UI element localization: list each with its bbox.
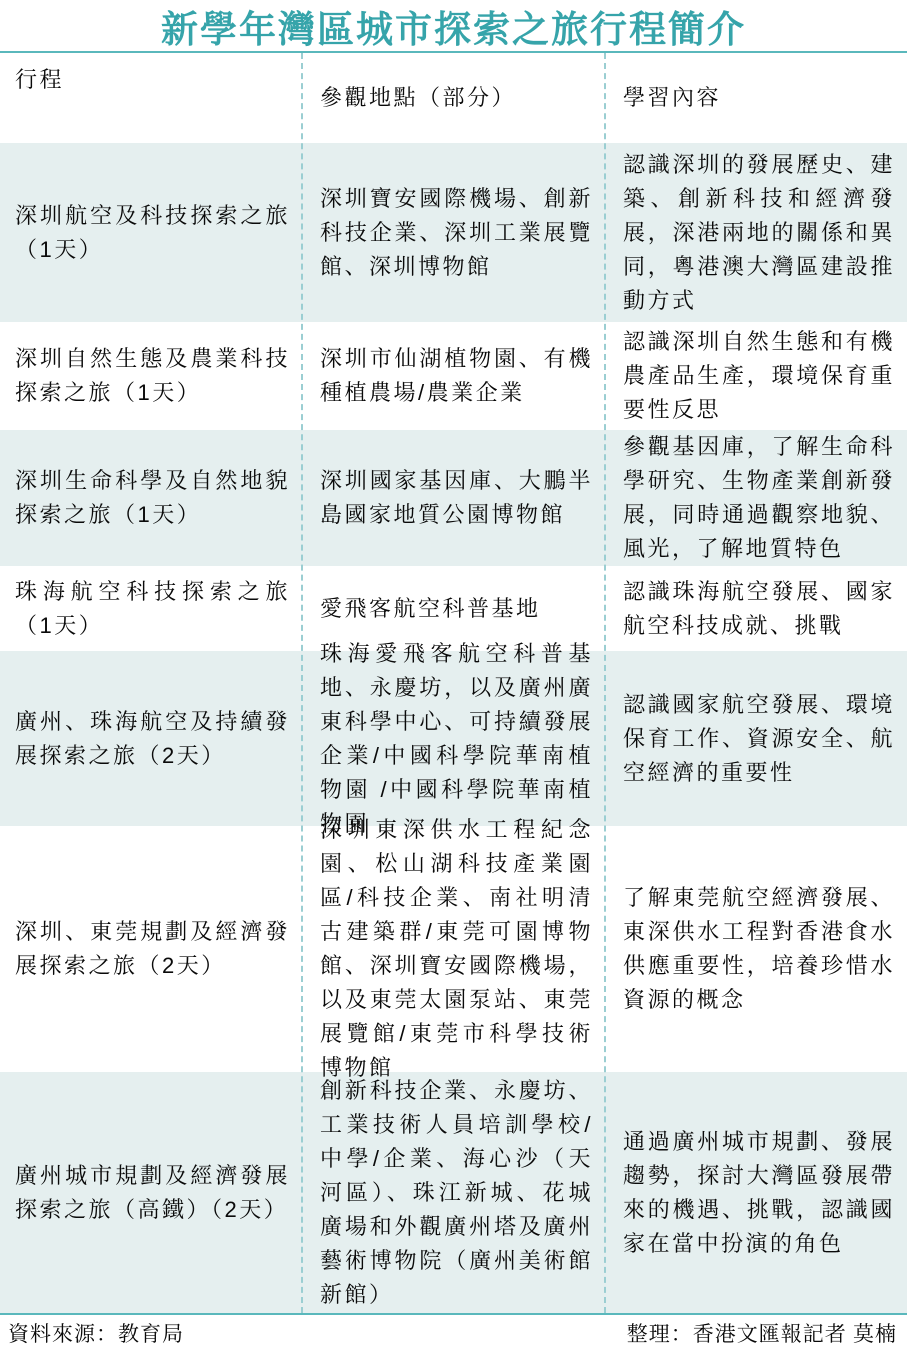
header-learning: 學習內容 [605, 53, 907, 143]
table-row: 深圳、東莞規劃及經濟發展探索之旅（2天） 深圳東深供水工程紀念園、松山湖科技產業… [0, 826, 907, 1072]
itinerary-cell: 深圳航空及科技探索之旅（1天） [0, 143, 302, 322]
table-row: 深圳航空及科技探索之旅（1天） 深圳寶安國際機場、創新科技企業、深圳工業展覽館、… [0, 143, 907, 322]
footer-credit: 整理：香港文匯報記者 莫楠 [627, 1318, 897, 1348]
locations-cell: 深圳寶安國際機場、創新科技企業、深圳工業展覽館、深圳博物館 [302, 143, 605, 322]
table-row: 深圳生命科學及自然地貌探索之旅（1天） 深圳國家基因庫、大鵬半島國家地質公園博物… [0, 430, 907, 566]
itinerary-cell: 廣州、珠海航空及持續發展探索之旅（2天） [0, 651, 302, 826]
page-title: 新學年灣區城市探索之旅行程簡介 [161, 0, 746, 53]
locations-cell: 深圳市仙湖植物園、有機種植農場/農業企業 [302, 322, 605, 430]
itinerary-cell: 珠海航空科技探索之旅（1天） [0, 566, 302, 651]
itinerary-cell: 深圳自然生態及農業科技探索之旅（1天） [0, 322, 302, 430]
learning-cell: 認識國家航空發展、環境保育工作、資源安全、航空經濟的重要性 [605, 651, 907, 826]
learning-cell: 認識珠海航空發展、國家航空科技成就、挑戰 [605, 566, 907, 651]
itinerary-cell: 廣州城市規劃及經濟發展探索之旅（高鐵）（2天） [0, 1072, 302, 1313]
table-header-row: 行程 參觀地點（部分） 學習內容 [0, 53, 907, 143]
header-itinerary: 行程 [0, 53, 302, 143]
learning-cell: 認識深圳的發展歷史、建築、創新科技和經濟發展，深港兩地的關係和異同，粵港澳大灣區… [605, 143, 907, 322]
locations-cell: 深圳東深供水工程紀念園、松山湖科技產業園區/科技企業、南社明清古建築群/東莞可園… [302, 826, 605, 1072]
news-infographic-page: 新學年灣區城市探索之旅行程簡介 行程 參觀地點（部分） 學習內容 深圳航空及科技… [0, 0, 907, 1351]
itinerary-cell: 深圳、東莞規劃及經濟發展探索之旅（2天） [0, 826, 302, 1072]
itinerary-cell: 深圳生命科學及自然地貌探索之旅（1天） [0, 430, 302, 566]
locations-cell: 創新科技企業、永慶坊、工業技術人員培訓學校/中學/企業、海心沙（天河區）、珠江新… [302, 1072, 605, 1313]
table-row: 廣州、珠海航空及持續發展探索之旅（2天） 珠海愛飛客航空科普基地、永慶坊，以及廣… [0, 651, 907, 826]
locations-cell: 深圳國家基因庫、大鵬半島國家地質公園博物館 [302, 430, 605, 566]
learning-cell: 通過廣州城市規劃、發展趨勢，探討大灣區發展帶來的機遇、挑戰，認識國家在當中扮演的… [605, 1072, 907, 1313]
learning-cell: 認識深圳自然生態和有機農產品生產，環境保育重要性反思 [605, 322, 907, 430]
header-locations: 參觀地點（部分） [302, 53, 605, 143]
learning-cell: 了解東莞航空經濟發展、東深供水工程對香港食水供應重要性，培養珍惜水資源的概念 [605, 826, 907, 1072]
locations-cell: 珠海愛飛客航空科普基地、永慶坊，以及廣州廣東科學中心、可持續發展企業/中國科學院… [302, 651, 605, 826]
footer: 資料來源：教育局 整理：香港文匯報記者 莫楠 [0, 1315, 907, 1351]
footer-source: 資料來源：教育局 [8, 1318, 184, 1348]
itinerary-table: 行程 參觀地點（部分） 學習內容 深圳航空及科技探索之旅（1天） 深圳寶安國際機… [0, 53, 907, 1313]
table-row: 深圳自然生態及農業科技探索之旅（1天） 深圳市仙湖植物園、有機種植農場/農業企業… [0, 322, 907, 430]
table-row: 廣州城市規劃及經濟發展探索之旅（高鐵）（2天） 創新科技企業、永慶坊、工業技術人… [0, 1072, 907, 1313]
learning-cell: 參觀基因庫，了解生命科學研究、生物產業創新發展，同時通過觀察地貌、風光，了解地質… [605, 430, 907, 566]
title-bar: 新學年灣區城市探索之旅行程簡介 [0, 0, 907, 51]
